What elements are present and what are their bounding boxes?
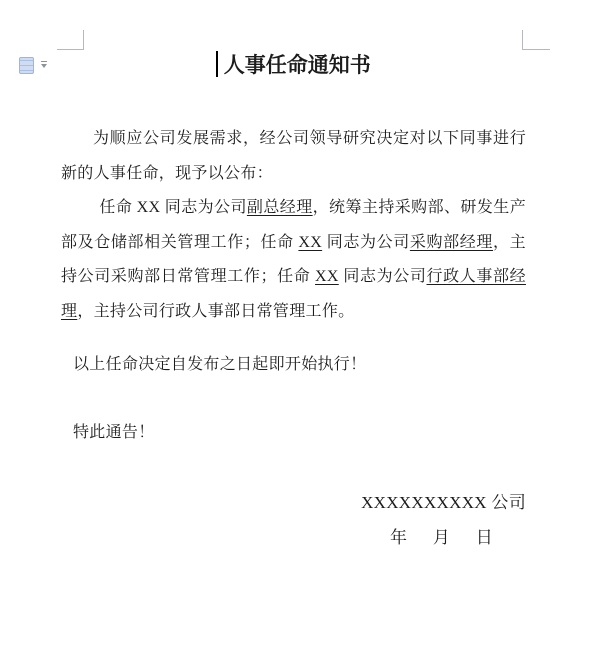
margin-crop-mark-top-left — [83, 30, 84, 50]
signature-company-line[interactable]: XXXXXXXXXX 公司 — [61, 486, 526, 521]
text-run: 同志为公司 — [339, 268, 427, 285]
paragraph-spacer — [61, 450, 526, 486]
doc-line[interactable]: 理，主持公司行政人事部日常管理工作。 — [61, 295, 526, 330]
chevron-down-icon — [41, 64, 47, 68]
text-run: ，主持公司行政人事部日常管理工作。 — [77, 303, 354, 320]
document-body[interactable]: 为顺应公司发展需求，经公司领导研究决定对以下同事进行新的人事任命，现予以公布：任… — [61, 122, 526, 555]
text-run: 任命 XX 同志为公司 — [99, 199, 247, 216]
text-run: 同志为公司 — [322, 234, 410, 251]
margin-crop-mark-top-right — [522, 49, 550, 50]
doc-line[interactable]: 持公司采购部日常管理工作；任命 XX 同志为公司行政人事部经 — [61, 260, 526, 295]
document-title: 人事任命通知书 — [224, 53, 371, 77]
text-run: 新的人事任命，现予以公布： — [61, 165, 273, 182]
text-run: ，统筹主持采购部、研发生产 — [313, 199, 526, 216]
margin-crop-mark-top-right — [522, 30, 523, 50]
text-cursor — [216, 51, 218, 77]
signature-date-line[interactable]: 年 月 日 — [61, 521, 526, 556]
underlined-text-run: 副总经理 — [247, 199, 313, 216]
text-run: 以上任命决定自发布之日起即开始执行！ — [73, 356, 366, 373]
underlined-text-run: XX — [315, 268, 339, 285]
text-run: ，主 — [493, 234, 526, 251]
underlined-text-run: 行政人事部经 — [427, 268, 526, 285]
doc-line[interactable]: 任命 XX 同志为公司副总经理，统筹主持采购部、研发生产 — [61, 191, 526, 226]
paste-options-button[interactable] — [17, 56, 49, 74]
doc-line[interactable]: 为顺应公司发展需求，经公司领导研究决定对以下同事进行 — [61, 122, 526, 157]
document-title-line[interactable]: 人事任命通知书 — [61, 49, 526, 83]
paragraph-spacer — [61, 329, 526, 348]
text-run: 特此通告！ — [73, 424, 155, 441]
paste-options-icon — [19, 57, 34, 74]
underlined-text-run: XX — [298, 234, 322, 251]
text-run: 为顺应公司发展需求，经公司领导研究决定对以下同事进行 — [93, 130, 526, 147]
text-run: 部及仓储部相关管理工作；任命 — [61, 234, 298, 251]
doc-line[interactable]: 部及仓储部相关管理工作；任命 XX 同志为公司采购部经理，主 — [61, 226, 526, 261]
text-run: 持公司采购部日常管理工作；任命 — [61, 268, 315, 285]
chevron-down-icon — [41, 61, 47, 62]
doc-line[interactable]: 特此通告！ — [61, 416, 526, 451]
paragraph-spacer — [61, 383, 526, 416]
doc-line[interactable]: 以上任命决定自发布之日起即开始执行！ — [61, 348, 526, 383]
doc-body-lines: 为顺应公司发展需求，经公司领导研究决定对以下同事进行新的人事任命，现予以公布：任… — [61, 122, 526, 486]
doc-line[interactable]: 新的人事任命，现予以公布： — [61, 157, 526, 192]
underlined-text-run: 理 — [61, 303, 77, 320]
document-page[interactable]: 人事任命通知书 为顺应公司发展需求，经公司领导研究决定对以下同事进行新的人事任命… — [0, 0, 600, 654]
underlined-text-run: 采购部经理 — [410, 234, 493, 251]
